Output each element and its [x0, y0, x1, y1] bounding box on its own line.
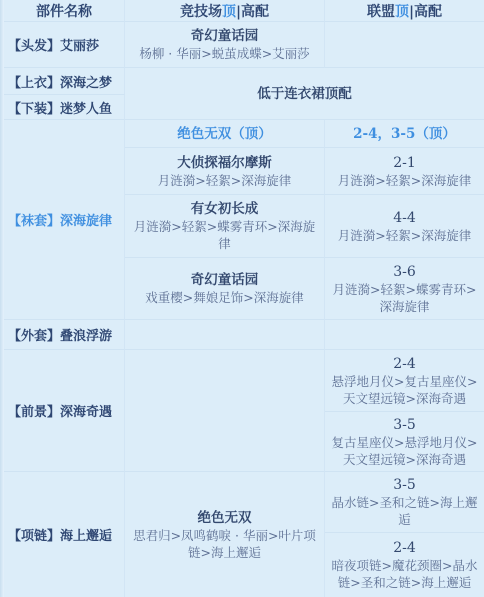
part-name-coat: 【外套】叠浪浮游 — [8, 325, 112, 344]
part-name-top: 【上衣】深海之梦 — [8, 72, 112, 91]
header-league: 联盟顶|高配 — [325, 0, 484, 22]
arena-title: 绝色无双（顶） — [177, 125, 272, 143]
part-name-socks: 【袜套】深海旋律 — [8, 210, 112, 229]
part-name-foreground: 【前景】深海奇遇 — [8, 401, 112, 420]
row-socks-name: 【袜套】深海旋律 — [4, 120, 125, 320]
arena-title: 奇幻童话园 — [191, 27, 259, 45]
header-arena-highlight: 顶 — [222, 1, 236, 21]
header-arena: 竞技场顶|高配 — [125, 0, 325, 22]
row-top-bottom-note: 低于连衣裙顶配 — [125, 68, 484, 120]
part-name-hair: 【头发】艾丽莎 — [8, 35, 99, 54]
arena-path: 思君归>凤鸣鹤唳 · 华丽>叶片项链>海上邂逅 — [131, 527, 318, 561]
row-hair-league — [325, 22, 484, 68]
arena-title: 有女初长成 — [191, 200, 259, 218]
league-title: 2-4 — [393, 539, 416, 557]
socks-arena-3: 奇幻童话园 戏重樱>舞娘足饰>深海旋律 — [125, 258, 325, 320]
arena-path: 戏重樱>舞娘足饰>深海旋律 — [145, 289, 303, 306]
league-path: 悬浮地月仪>复古星座仪>天文望远镜>深海奇遇 — [329, 373, 480, 407]
header-arena-prefix: 竞技场 — [180, 1, 222, 21]
row-coat-arena — [125, 320, 325, 350]
header-league-prefix: 联盟 — [367, 1, 395, 21]
league-path: 晶水链>圣和之链>海上邂逅 — [331, 494, 478, 528]
row-top-name: 【上衣】深海之梦 — [4, 68, 125, 95]
socks-arena-1: 大侦探福尔摩斯 月涟漪>轻絮>深海旋律 — [125, 148, 325, 195]
part-name-necklace: 【项链】海上邂逅 — [8, 525, 112, 544]
league-title: 3-6 — [393, 263, 416, 281]
foreground-league-1: 3-5 复古星座仪>悬浮地月仪>天文望远镜>深海奇遇 — [325, 412, 484, 472]
header-arena-suffix: |高配 — [236, 1, 269, 21]
necklace-league-1: 2-4 暗夜项链>魔花颈圈>晶水链>圣和之链>海上邂逅 — [325, 533, 484, 597]
arena-title: 奇幻童话园 — [191, 271, 259, 289]
arena-path: 月涟漪>轻絮>深海旋律 — [158, 172, 291, 189]
league-title: 2-4，3-5（顶） — [353, 125, 456, 143]
note-below-dress: 低于连衣裙顶配 — [257, 85, 352, 103]
header-part-label: 部件名称 — [36, 1, 92, 21]
row-necklace-arena: 绝色无双 思君归>凤鸣鹤唳 · 华丽>叶片项链>海上邂逅 — [125, 472, 325, 597]
header-league-suffix: |高配 — [409, 1, 442, 21]
league-title: 2-1 — [393, 154, 416, 172]
league-path: 暗夜项链>魔花颈圈>晶水链>圣和之链>海上邂逅 — [328, 557, 481, 591]
league-title: 3-5 — [393, 476, 416, 494]
socks-arena-2: 有女初长成 月涟漪>轻絮>蝶雾青环>深海旋律 — [125, 195, 325, 258]
arena-title: 绝色无双 — [198, 509, 252, 527]
header-league-highlight: 顶 — [395, 1, 409, 21]
socks-arena-0: 绝色无双（顶） — [125, 120, 325, 148]
row-coat-name: 【外套】叠浪浮游 — [4, 320, 125, 350]
row-foreground-name: 【前景】深海奇遇 — [4, 350, 125, 472]
row-hair-name: 【头发】艾丽莎 — [4, 22, 125, 68]
row-coat-league — [325, 320, 484, 350]
arena-title: 大侦探福尔摩斯 — [177, 154, 272, 172]
socks-league-2: 4-4 月涟漪>轻絮>深海旋律 — [325, 195, 484, 258]
row-hair-arena: 奇幻童话园 杨柳 · 华丽>蜕茧成蝶>艾丽莎 — [125, 22, 325, 68]
arena-path: 杨柳 · 华丽>蜕茧成蝶>艾丽莎 — [139, 45, 309, 62]
arena-path: 月涟漪>轻絮>蝶雾青环>深海旋律 — [131, 218, 318, 252]
row-foreground-arena — [125, 350, 325, 472]
league-title: 2-4 — [393, 355, 416, 373]
league-path: 复古星座仪>悬浮地月仪>天文望远镜>深海奇遇 — [329, 434, 480, 468]
header-part-name: 部件名称 — [4, 0, 125, 22]
foreground-league-0: 2-4 悬浮地月仪>复古星座仪>天文望远镜>深海奇遇 — [325, 350, 484, 412]
socks-league-1: 2-1 月涟漪>轻絮>深海旋律 — [325, 148, 484, 195]
row-necklace-name: 【项链】海上邂逅 — [4, 472, 125, 597]
socks-league-0: 2-4，3-5（顶） — [325, 120, 484, 148]
necklace-league-0: 3-5 晶水链>圣和之链>海上邂逅 — [325, 472, 484, 533]
league-title: 3-5 — [393, 416, 416, 434]
league-path: 月涟漪>轻絮>蝶雾青环>深海旋律 — [329, 281, 480, 315]
row-bottom-name: 【下装】迷梦人鱼 — [4, 95, 125, 120]
league-title: 4-4 — [393, 209, 416, 227]
part-name-bottom: 【下装】迷梦人鱼 — [8, 98, 112, 117]
league-path: 月涟漪>轻絮>深海旋律 — [338, 172, 471, 189]
socks-league-3: 3-6 月涟漪>轻絮>蝶雾青环>深海旋律 — [325, 258, 484, 320]
league-path: 月涟漪>轻絮>深海旋律 — [338, 227, 471, 244]
outfit-table: 部件名称 竞技场顶|高配 联盟顶|高配 【头发】艾丽莎 奇幻童话园 杨柳 · 华… — [4, 0, 484, 597]
